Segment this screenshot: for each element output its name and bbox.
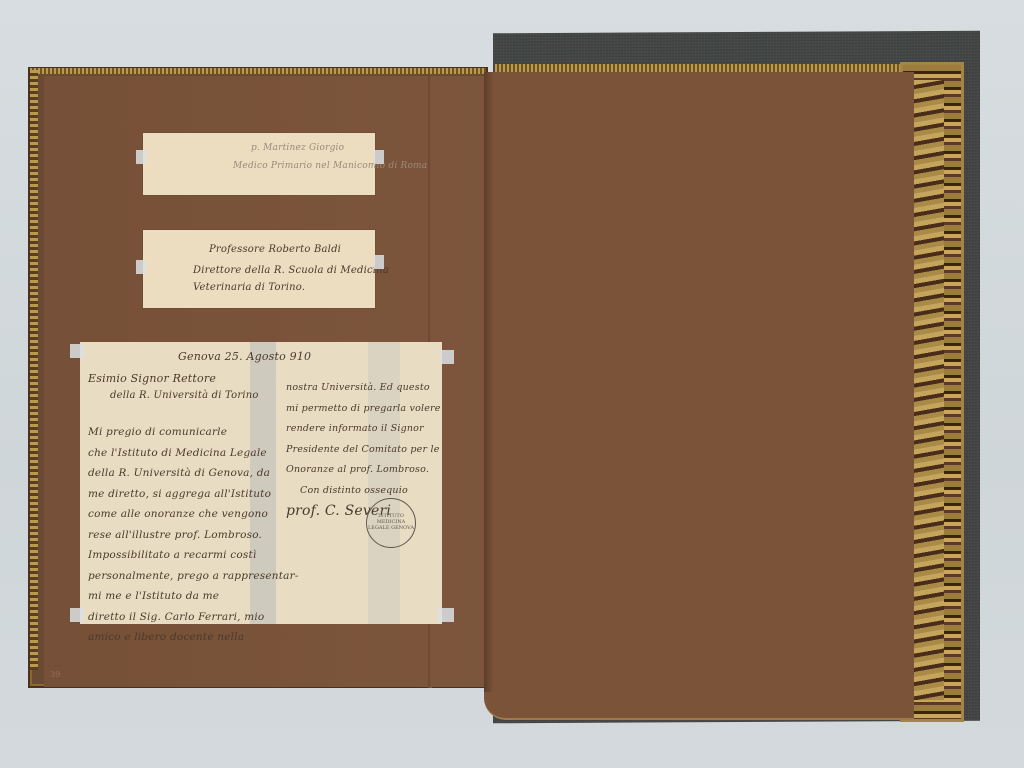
tape-strip — [374, 255, 384, 269]
letter-salutation: Esimio Signor Rettore — [88, 372, 216, 385]
letter-line: Presidente del Comitato per le — [286, 440, 441, 461]
letter-closing: Con distinto ossequio — [286, 481, 441, 502]
letter-line: Mi pregio di comunicarle — [88, 422, 299, 443]
right-gilt-edge-top — [495, 64, 955, 72]
slip-1-title: Medico Primario nel Manicomio di Roma — [233, 161, 427, 171]
letter-line: mi permetto di pregarla volere — [286, 399, 441, 420]
letter-addressee: della R. Università di Torino — [110, 390, 259, 401]
letter-date: Genova 25. Agosto 910 — [178, 350, 311, 363]
slip-2-name: Professore Roberto Baldi — [209, 244, 341, 255]
right-blank-page — [484, 72, 914, 720]
tape-strip — [438, 608, 454, 622]
left-gilt-edge-side — [30, 70, 38, 670]
letter-line: della R. Università di Genova, da — [88, 463, 299, 484]
letter-left-column: Mi pregio di comunicarle che l'Istituto … — [88, 422, 299, 648]
calling-card-slip-2: Professore Roberto Baldi Direttore della… — [143, 230, 375, 308]
tape-strip — [70, 344, 84, 358]
pencil-page-number: 39 — [50, 670, 60, 679]
stamp-text: ISTITUTO MEDICINA LEGALE GENOVA — [368, 513, 414, 531]
slip-1-name: p. Martinez Giorgio — [251, 143, 344, 153]
letter-line: rendere informato il Signor — [286, 419, 441, 440]
tape-strip — [374, 150, 384, 164]
letter-line: me diretto, si aggrega all'Istituto — [88, 484, 299, 505]
letter-line: amico e libero docente nella — [88, 627, 299, 648]
letter-line: mi me e l'Istituto da me — [88, 586, 299, 607]
tape-strip — [136, 260, 146, 274]
gilt-floral-pattern — [914, 80, 944, 700]
letter-line: nostra Università. Ed questo — [286, 378, 441, 399]
letter-line: diretto il Sig. Carlo Ferrari, mio — [88, 607, 299, 628]
right-page-gutter-shadow — [484, 72, 494, 692]
letter-line: personalmente, prego a rappresentar- — [88, 566, 299, 587]
letter-line: che l'Istituto di Medicina Legale — [88, 443, 299, 464]
slip-2-location: Veterinaria di Torino. — [193, 282, 305, 293]
letter-line: Impossibilitato a recarmi costì — [88, 545, 299, 566]
handwritten-letter: Genova 25. Agosto 910 Esimio Signor Rett… — [80, 342, 442, 624]
letter-right-column: nostra Università. Ed questo mi permetto… — [286, 378, 441, 522]
photo-scene: p. Martinez Giorgio Medico Primario nel … — [0, 0, 1024, 768]
slip-2-title: Direttore della R. Scuola di Medicina — [193, 265, 389, 276]
tape-strip — [70, 608, 84, 622]
letter-signature: prof. C. Severi — [286, 501, 441, 522]
institute-ink-stamp: ISTITUTO MEDICINA LEGALE GENOVA — [366, 498, 416, 548]
tape-strip — [440, 350, 454, 364]
calling-card-slip-1: p. Martinez Giorgio Medico Primario nel … — [143, 133, 375, 195]
tape-strip — [136, 150, 146, 164]
letter-line: come alle onoranze che vengono — [88, 504, 299, 525]
letter-line: Onoranze al prof. Lombroso. — [286, 460, 441, 481]
left-gilt-edge-top — [30, 68, 486, 74]
letter-line: rese all'illustre prof. Lombroso. — [88, 525, 299, 546]
